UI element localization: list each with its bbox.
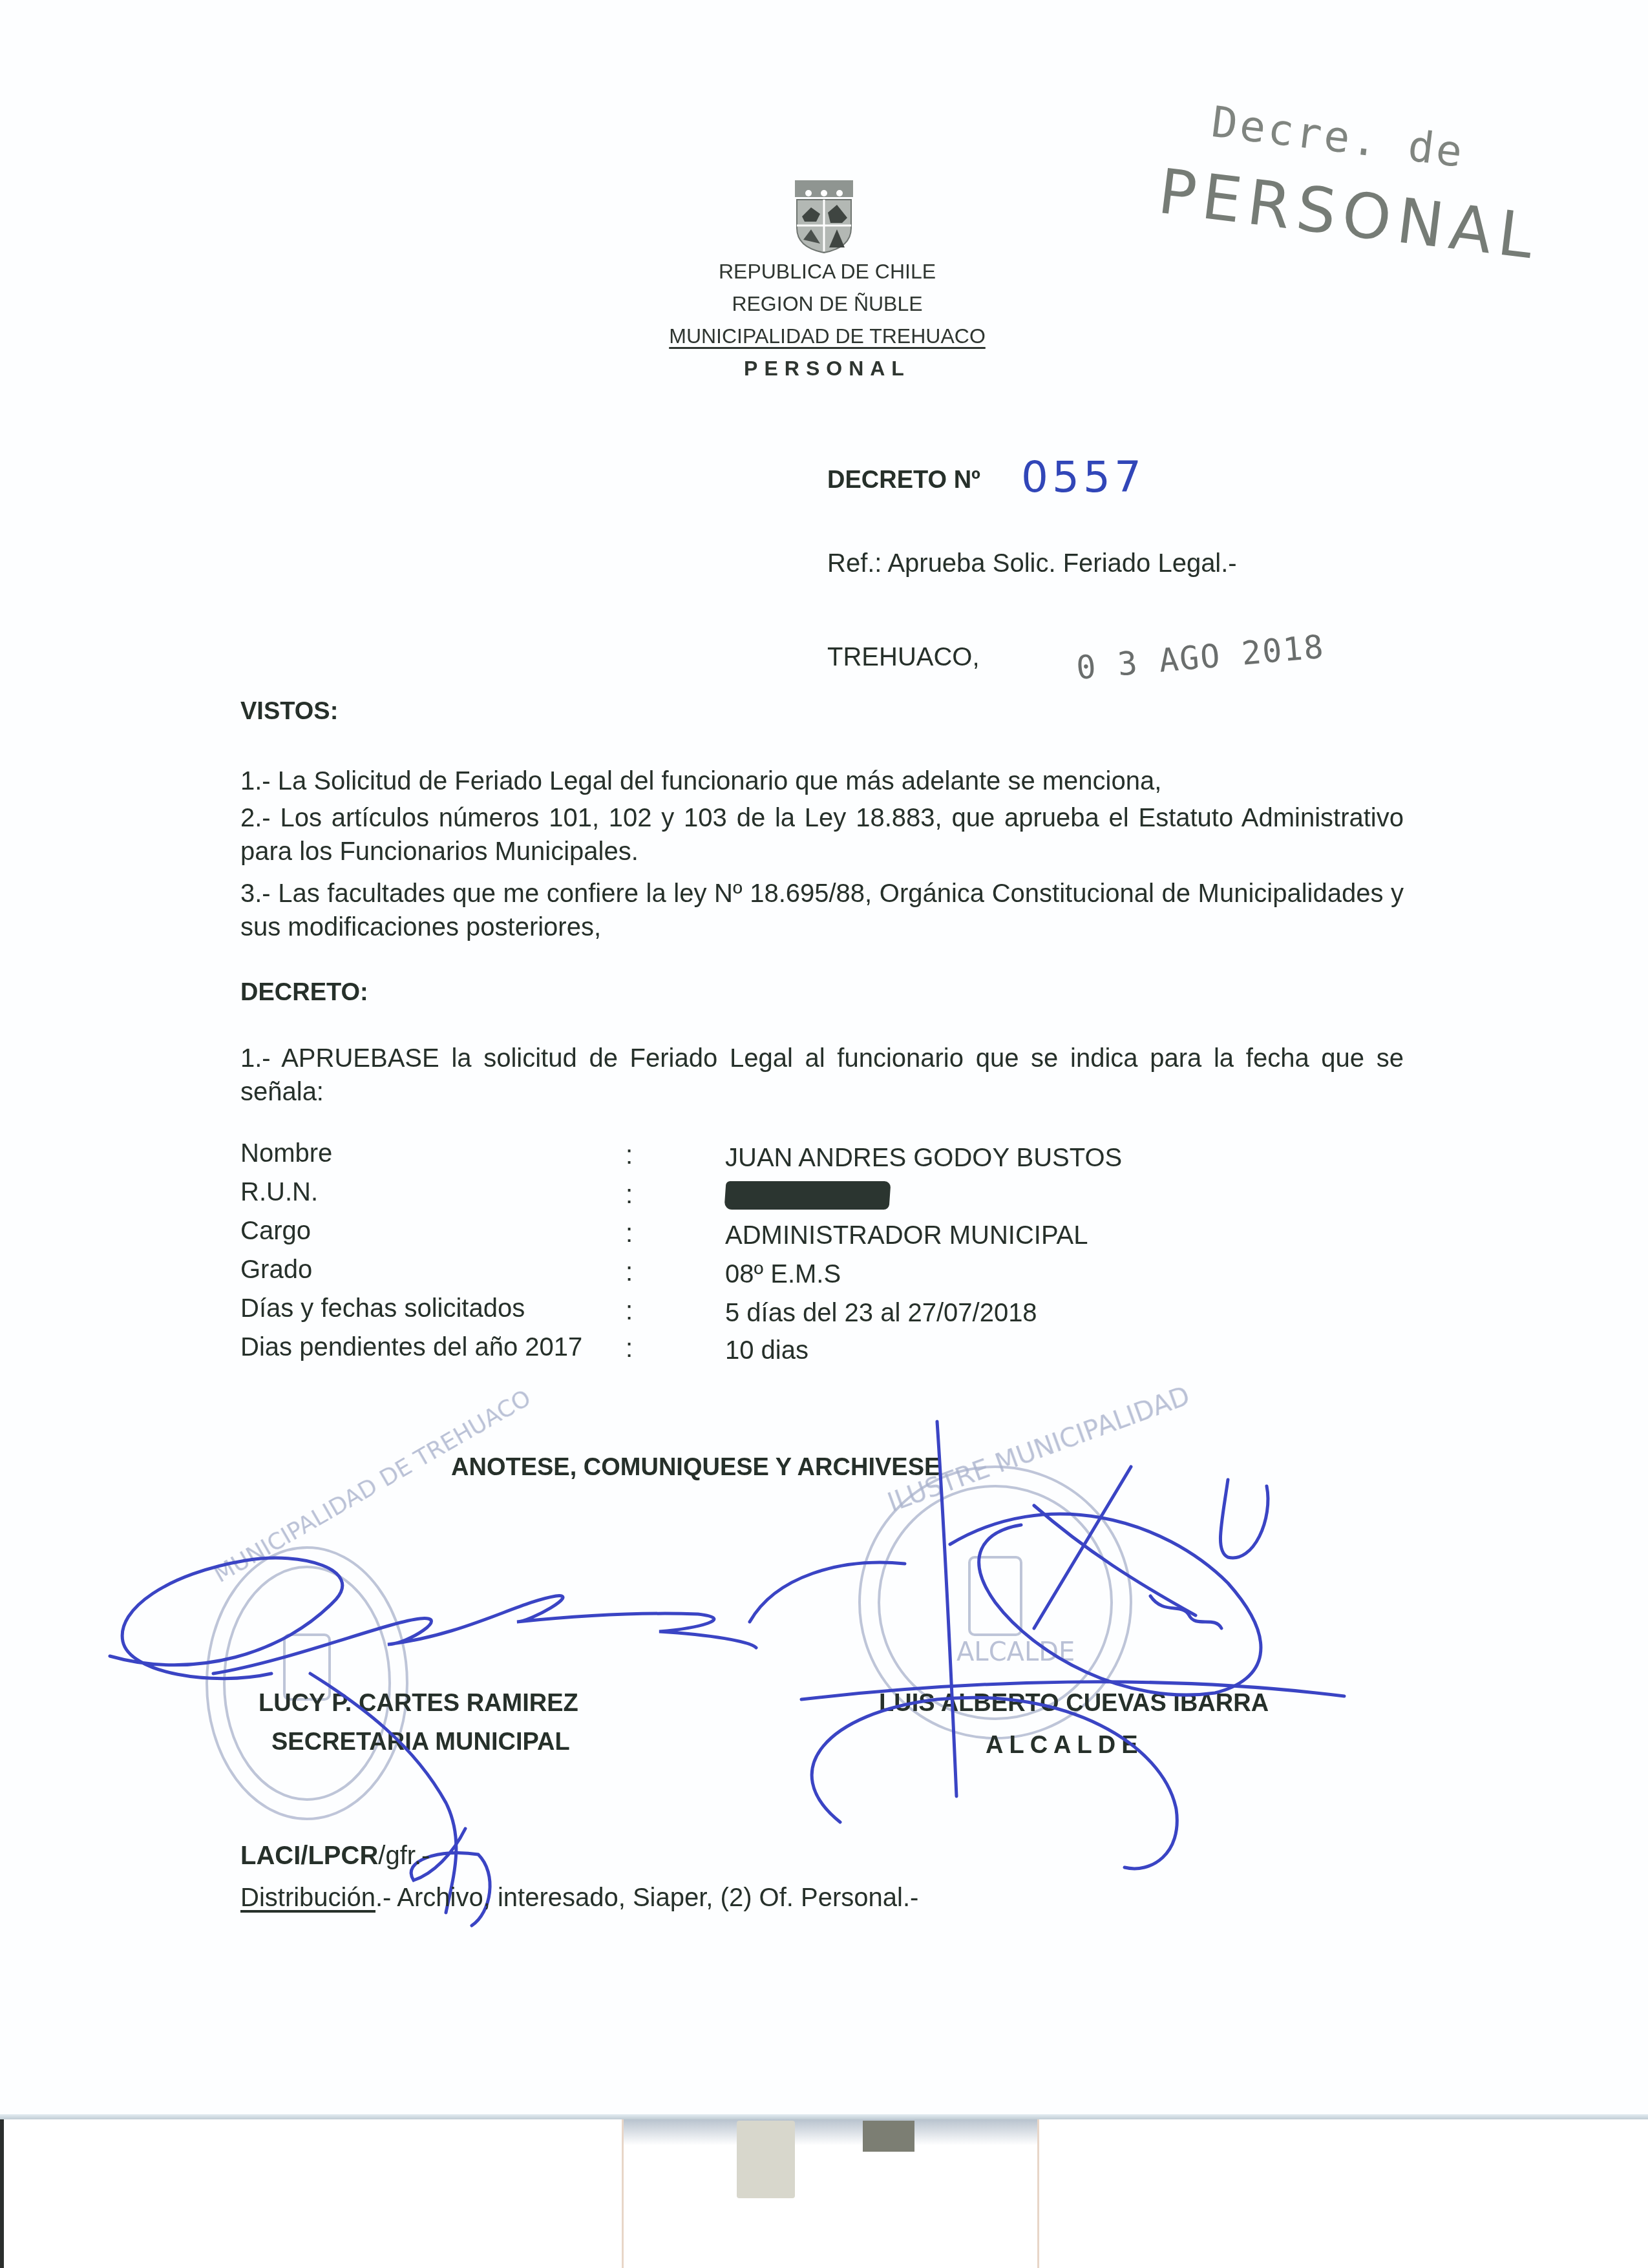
coat-of-arms-icon [785,178,863,255]
detail-label-grado: Grado [240,1255,312,1285]
signatory-left-name: LUCY P. CARTES RAMIREZ [259,1690,578,1717]
decree-place: TREHUACO, [827,643,980,672]
scanner-edge [0,2119,4,2268]
binder-tab-icon [863,2121,914,2152]
closing-formula: ANOTESE, COMUNIQUESE Y ARCHIVESE [451,1454,940,1482]
initials-line: LACI/LPCR/gfr.- [240,1842,430,1871]
decreto-heading: DECRETO: [240,979,368,1007]
detail-label-nombre: Nombre [240,1139,332,1168]
detail-colon: : [626,1297,633,1326]
initials-rest: /gfr.- [378,1842,430,1870]
detail-label-cargo: Cargo [240,1217,311,1246]
detail-value-grado: 08º E.M.S [725,1260,841,1289]
decree-number-label: DECRETO Nº [827,467,980,494]
binder-clip-icon [737,2121,795,2198]
initials-bold: LACI/LPCR [240,1842,378,1870]
header-municipality-text: MUNICIPALIDAD DE TREHUACO [669,324,986,348]
signatory-right-name: LUIS ALBERTO CUEVAS IBARRA [879,1690,1269,1717]
detail-value-cargo: ADMINISTRADOR MUNICIPAL [725,1221,1088,1250]
distribution-text: .- Archivo, interesado, Siaper, (2) Of. … [375,1884,918,1912]
detail-value-dias-solicitados: 5 días del 23 al 27/07/2018 [725,1299,1037,1328]
svg-text:ALCALDE: ALCALDE [956,1637,1075,1667]
decree-reference: Ref.: Aprueba Solic. Feriado Legal.- [827,549,1237,578]
redaction-mark [724,1181,891,1210]
detail-label-run: R.U.N. [240,1178,318,1207]
scanner-slot [622,2119,1039,2268]
vistos-heading: VISTOS: [240,698,338,726]
header-municipality: MUNICIPALIDAD DE TREHUACO [582,324,1073,348]
page-edge [0,2114,1648,2119]
decreto-item-1: 1.- APRUEBASE la solicitud de Feriado Le… [240,1042,1404,1109]
decree-number-handwritten: 0557 [1021,452,1145,502]
signatory-left-role: SECRETARIA MUNICIPAL [271,1728,570,1756]
vistos-item-3: 3.- Las facultades que me confiere la le… [240,877,1404,944]
header-department: PERSONAL [582,357,1073,381]
stamp-personal: PERSONAL [1154,155,1543,273]
detail-colon: : [626,1141,633,1170]
distribution-label: Distribución [240,1884,375,1912]
vistos-item-2: 2.- Los artículos números 101, 102 y 103… [240,801,1404,868]
detail-value-run-redacted [725,1180,890,1210]
signatory-right-role: ALCALDE [986,1732,1144,1759]
svg-text:ILUSTRE MUNICIPALIDAD: ILUSTRE MUNICIPALIDAD [884,1381,1194,1518]
detail-colon: : [626,1219,633,1248]
detail-value-nombre: JUAN ANDRES GODOY BUSTOS [725,1144,1122,1173]
detail-colon: : [626,1181,633,1210]
distribution-line: Distribución.- Archivo, interesado, Siap… [240,1884,918,1913]
header-country: REPUBLICA DE CHILE [582,260,1073,284]
detail-value-dias-pendientes: 10 dias [725,1336,808,1365]
detail-label-dias-solicitados: Días y fechas solicitados [240,1294,525,1323]
detail-colon: : [626,1258,633,1287]
detail-label-dias-pendientes: Dias pendientes del año 2017 [240,1333,582,1362]
svg-text:MUNICIPALIDAD DE TREHUACO: MUNICIPALIDAD DE TREHUACO [209,1385,535,1588]
date-stamp: 0 3 AGO 2018 [1075,628,1326,687]
header-region: REGION DE ÑUBLE [582,292,1073,316]
vistos-item-1: 1.- La Solicitud de Feriado Legal del fu… [240,764,1404,798]
detail-colon: : [626,1334,633,1363]
